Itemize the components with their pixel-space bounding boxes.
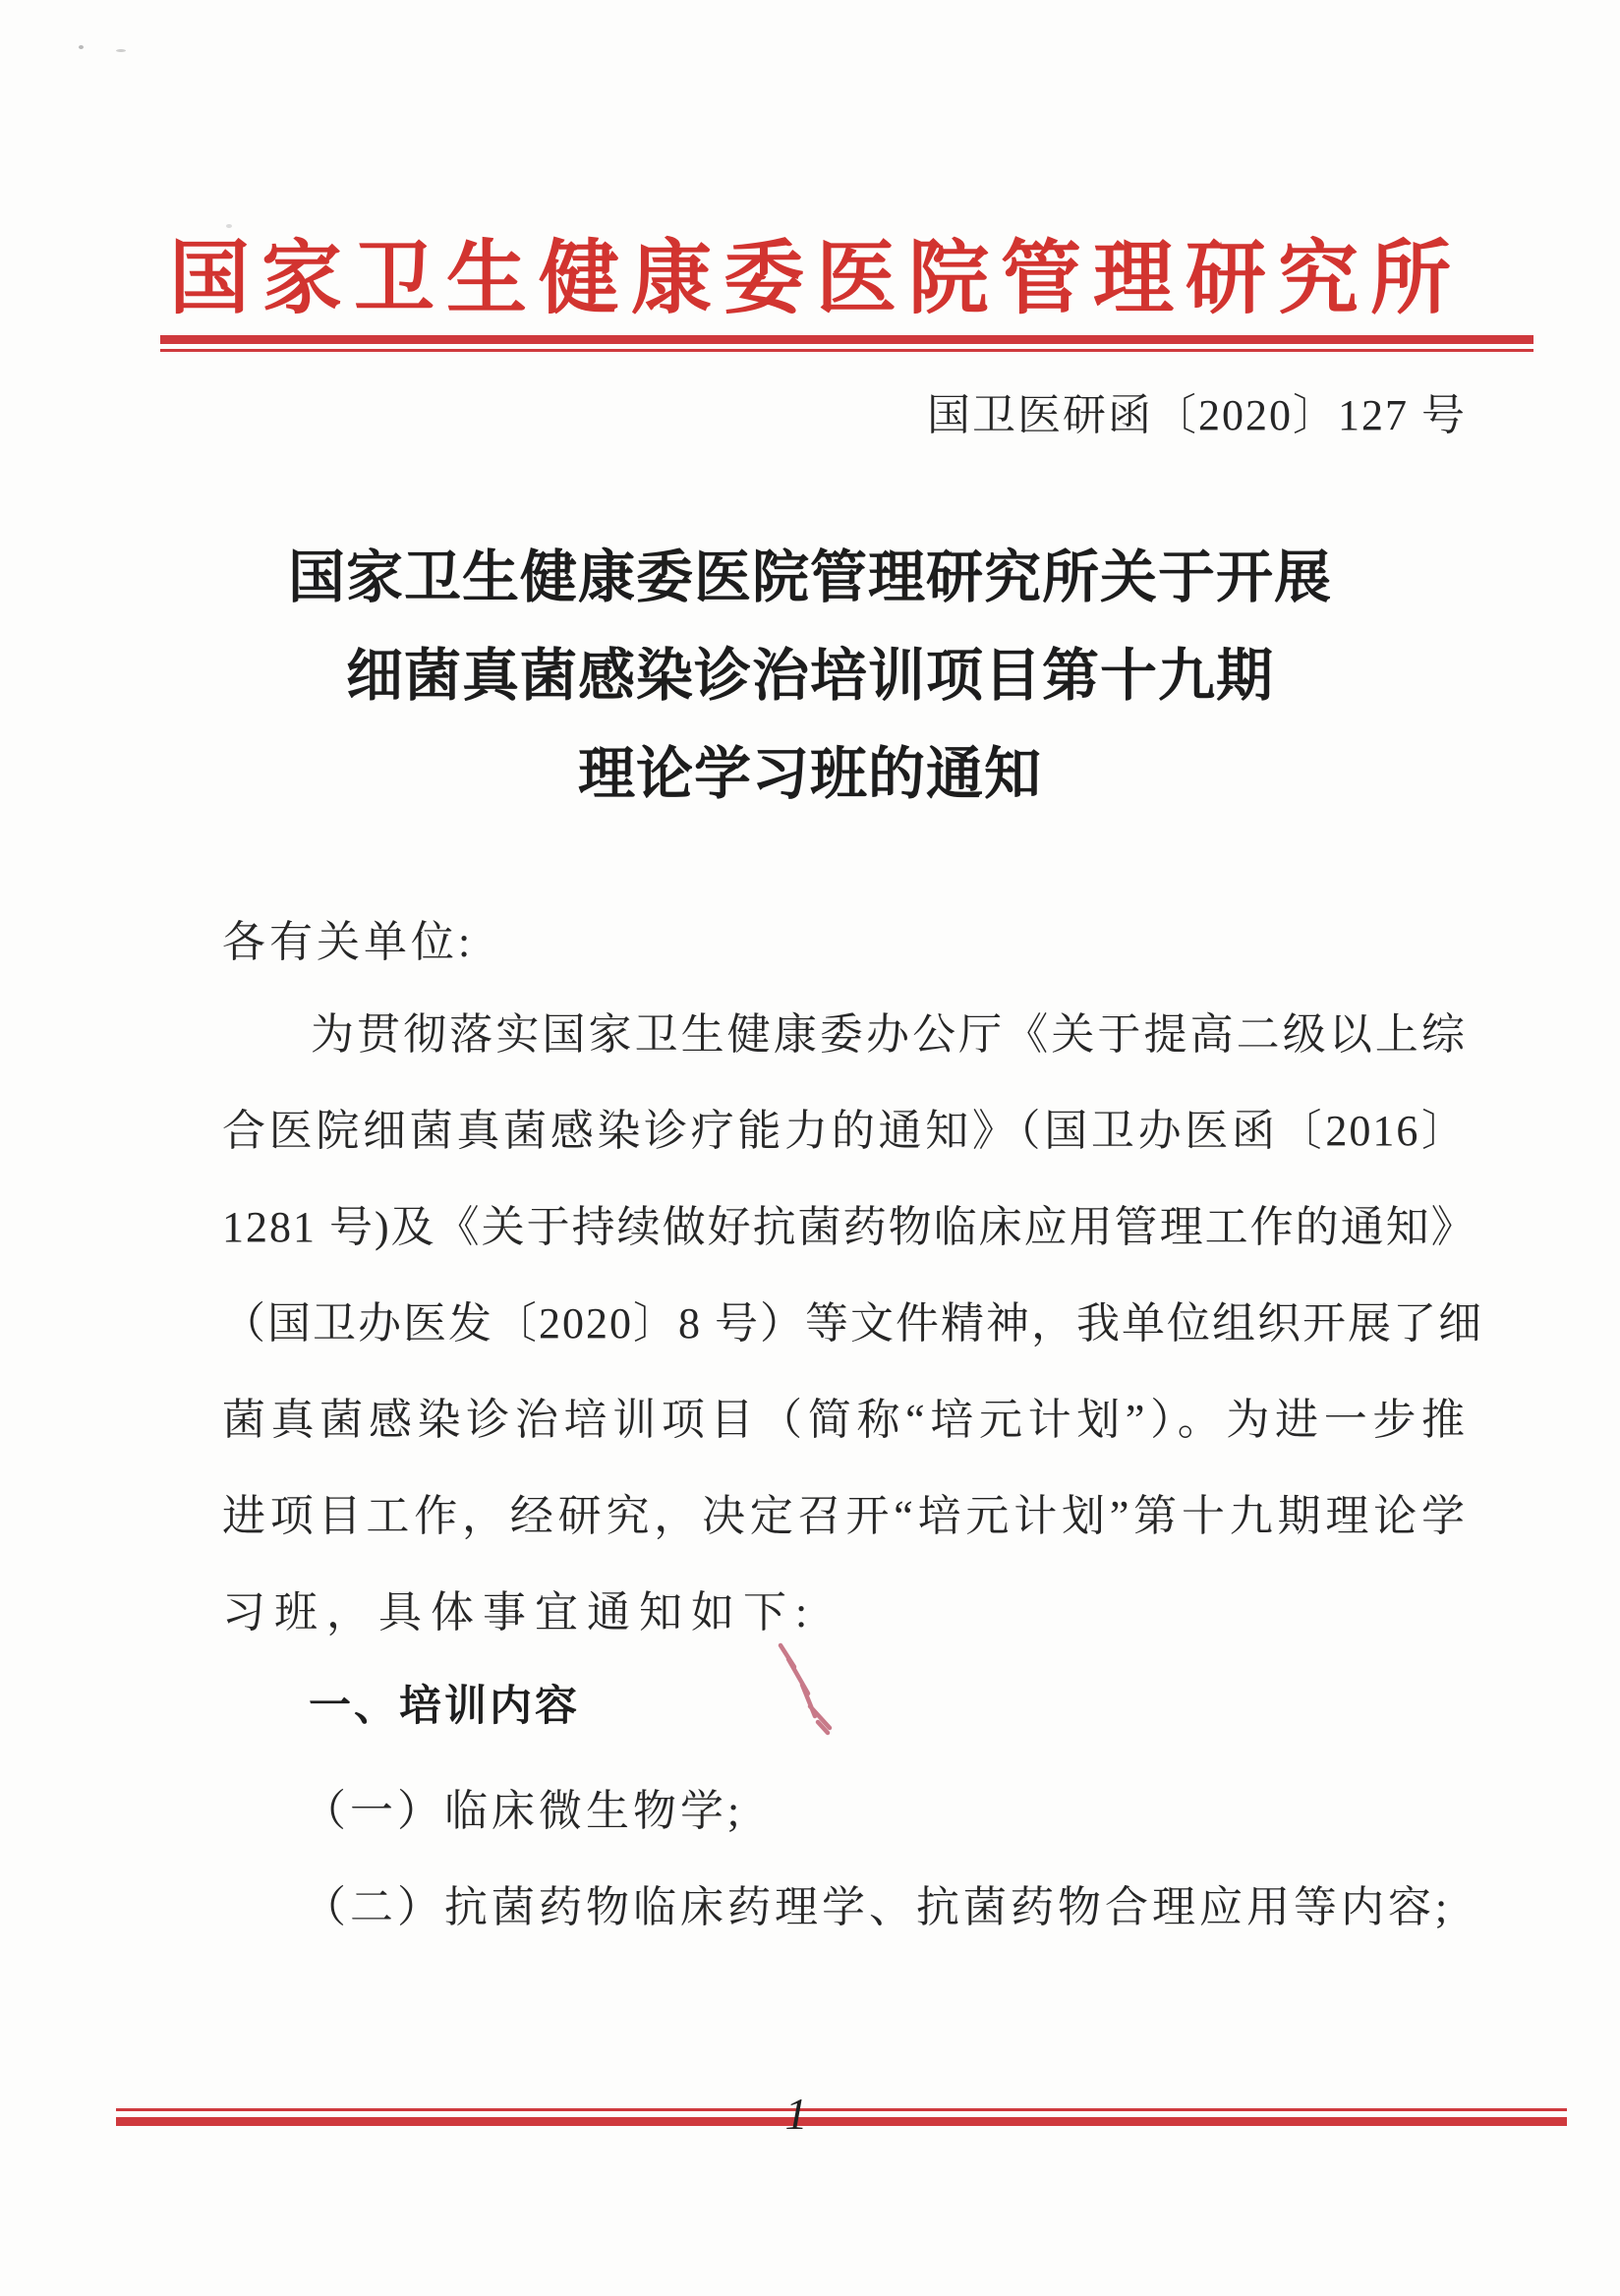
scan-speck [79, 45, 84, 49]
section-heading-training-content: 一、培训内容 [309, 1673, 580, 1733]
letterhead-rule-thick [160, 335, 1533, 344]
letterhead-rule-thin [160, 349, 1533, 352]
paragraph-line: 为贯彻落实国家卫生健康委办公厅《关于提高二级以上综 [222, 987, 1467, 1083]
notice-title-line-2: 细菌真菌感染诊治培训项目第十九期 [0, 627, 1620, 725]
page-number: 1 [0, 2088, 1592, 2140]
paragraph-line: 进项目工作，经研究，决定召开“培元计划”第十九期理论学 [222, 1468, 1467, 1565]
paragraph-line: （国卫办医发〔2020〕8 号）等文件精神，我单位组织开展了细 [222, 1276, 1467, 1372]
notice-title: 国家卫生健康委医院管理研究所关于开展 细菌真菌感染诊治培训项目第十九期 理论学习… [0, 529, 1620, 824]
red-pen-mark [759, 1639, 867, 1743]
paragraph-line: 1281 号)及《关于持续做好抗菌药物临床应用管理工作的通知》 [222, 1179, 1467, 1276]
letterhead-title: 国家卫生健康委医院管理研究所 [0, 214, 1620, 329]
scan-speck [116, 49, 126, 52]
document-number: 国卫医研函〔2020〕127 号 [927, 379, 1467, 442]
paragraph-line: 合医院细菌真菌感染诊疗能力的通知》（国卫办医函〔2016〕 [222, 1083, 1467, 1179]
notice-title-line-3: 理论学习班的通知 [0, 725, 1620, 824]
document-page: 国家卫生健康委医院管理研究所 国卫医研函〔2020〕127 号 国家卫生健康委医… [0, 0, 1620, 2296]
list-item-1: （一）临床微生物学; [303, 1775, 743, 1838]
list-item-2: （二）抗菌药物临床药理学、抗菌药物合理应用等内容; [303, 1871, 1451, 1934]
salutation: 各有关单位: [222, 906, 474, 969]
paragraph-line: 菌真菌感染诊治培训项目（简称“培元计划”）。为进一步推 [222, 1372, 1467, 1468]
notice-title-line-1: 国家卫生健康委医院管理研究所关于开展 [0, 529, 1620, 627]
body-paragraph: 为贯彻落实国家卫生健康委办公厅《关于提高二级以上综 合医院细菌真菌感染诊疗能力的… [222, 987, 1467, 1661]
